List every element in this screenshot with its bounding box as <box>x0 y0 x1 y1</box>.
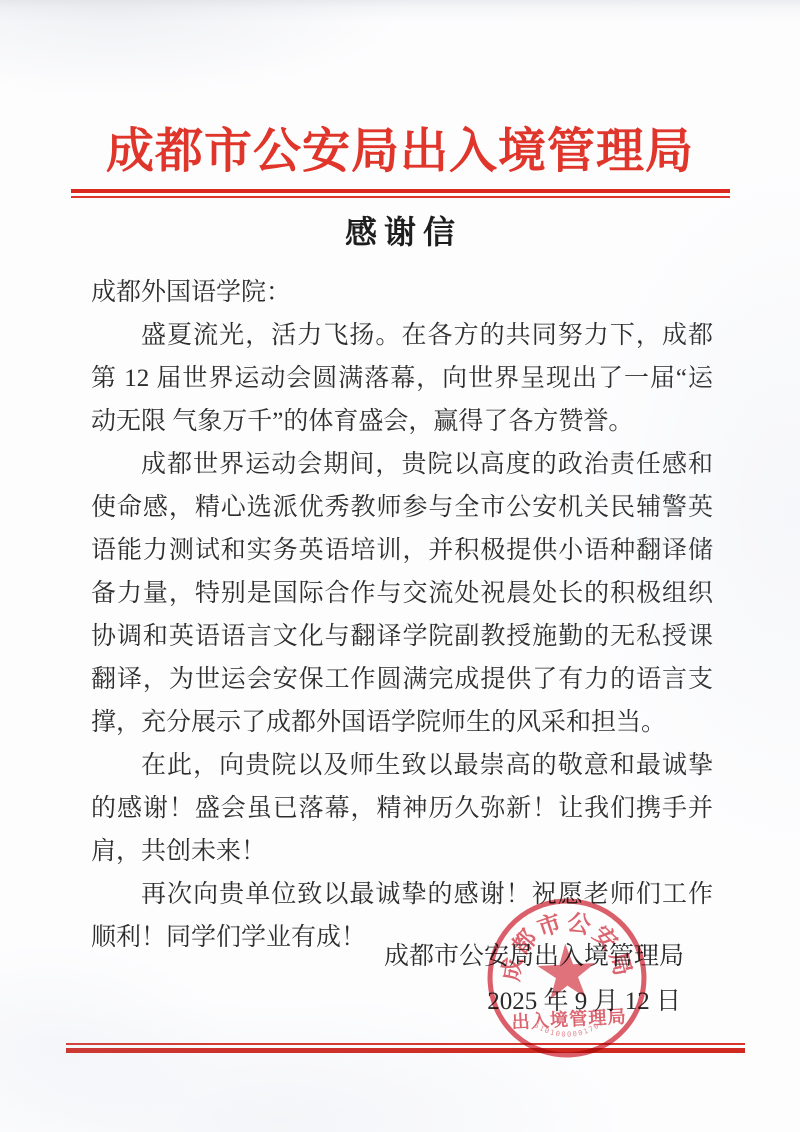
salutation: 成都外国语学院： <box>91 271 713 314</box>
paragraph: 成都世界运动会期间，贵院以高度的政治责任感和使命感，精心选派优秀教师参与全市公安… <box>91 443 713 744</box>
seal-arc-char: 市 <box>534 910 564 942</box>
scanned-letter-page: 成都市公安局出入境管理局 感谢信 成都外国语学院： 盛夏流光，活力飞扬。在各方的… <box>0 0 800 1132</box>
seal-bottom-text: 出入境管理局 <box>511 1006 627 1033</box>
seal-arc-char: 成 <box>498 955 527 983</box>
letter-body: 成都外国语学院： 盛夏流光，活力飞扬。在各方的共同努力下，成都第 12 届世界运… <box>91 271 713 959</box>
official-seal-svg: 成都市公安局 出入境管理局 5101000001703 <box>482 893 652 1063</box>
seal-star-icon <box>536 942 597 1000</box>
letterhead-org-title: 成都市公安局出入境管理局 <box>0 112 800 181</box>
official-seal: 成都市公安局 出入境管理局 5101000001703 <box>482 893 652 1063</box>
seal-arc-char: 公 <box>565 910 594 941</box>
paragraph: 盛夏流光，活力飞扬。在各方的共同努力下，成都第 12 届世界运动会圆满落幕，向世… <box>91 314 713 443</box>
seal-arc-char: 安 <box>587 920 622 956</box>
letterhead-rule-thick <box>71 189 730 193</box>
letterhead-double-rule <box>71 189 730 198</box>
letterhead-rule-thin <box>71 196 730 198</box>
body-paragraphs: 盛夏流光，活力飞扬。在各方的共同努力下，成都第 12 届世界运动会圆满落幕，向世… <box>91 314 713 959</box>
letter-title: 感谢信 <box>0 207 800 253</box>
seal-arc-char: 局 <box>604 949 635 978</box>
paragraph: 在此，向贵院以及师生致以最崇高的敬意和最诚挚的感谢！盛会虽已落幕，精神历久弥新！… <box>91 744 713 873</box>
